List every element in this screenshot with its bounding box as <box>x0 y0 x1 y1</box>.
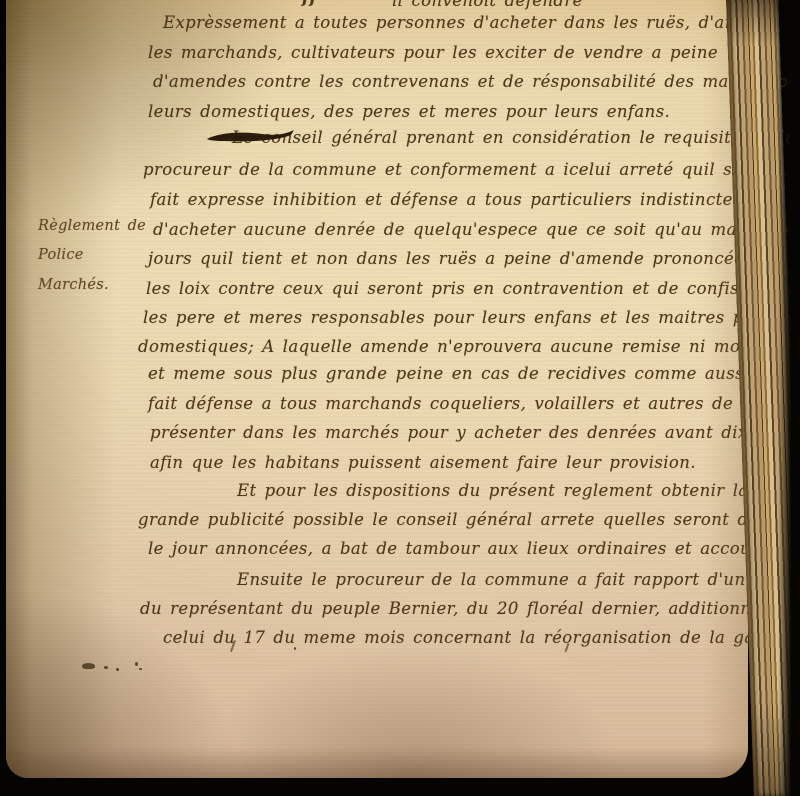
manuscript-line: d'acheter aucune denrée de quelqu'espece… <box>153 220 800 239</box>
manuscript-line: les marchands, cultivateurs pour les exc… <box>148 43 718 62</box>
ink-speck <box>135 662 138 666</box>
manuscript-line: fait défense a tous marchands coqueliers… <box>148 394 760 413</box>
manuscript-line: procureur de la commune et conformement … <box>143 160 761 179</box>
manuscript-line: fait expresse inhibition et défense a to… <box>150 190 777 209</box>
manuscript-line: Exprèssement a toutes personnes d'achete… <box>163 13 777 32</box>
manuscript-line: et meme sous plus grande peine en cas de… <box>148 364 800 383</box>
backdrop-right-shadow <box>778 0 800 796</box>
manuscript-page: Règlement de Police Marchés. ff il conve… <box>6 0 748 778</box>
manuscript-line: les pere et meres responsables pour leur… <box>143 308 800 327</box>
margin-note-line: Police <box>38 247 84 263</box>
manuscript-line: celui du 17 du meme mois concernant la r… <box>163 628 784 647</box>
manuscript-line: Et pour les dispositions du présent regl… <box>237 481 793 500</box>
margin-note-line: Marchés. <box>38 277 109 293</box>
manuscript-line: d'amendes contre les contrevenans et de … <box>153 72 800 91</box>
margin-note-line: Règlement de <box>38 218 146 234</box>
manuscript-line: Le conseil général prenant en considérat… <box>232 128 796 147</box>
ink-speck <box>139 668 142 670</box>
ink-flourish <box>204 129 296 145</box>
ink-speck <box>82 663 95 669</box>
photo-of-manuscript: Règlement de Police Marchés. ff il conve… <box>0 0 800 796</box>
manuscript-line: Ensuite le procureur de la commune a fai… <box>237 570 800 589</box>
manuscript-line: grande publicité possible le conseil gén… <box>138 510 779 529</box>
manuscript-line: jours quil tient et non dans les ruës a … <box>148 249 782 268</box>
manuscript-line: le jour annoncées, a bat de tambour aux … <box>148 539 800 558</box>
ink-speck <box>116 668 119 671</box>
ink-speck <box>294 647 296 650</box>
manuscript-line: du représentant du peuple Bernier, du 20… <box>140 599 786 618</box>
manuscript-line-fragment: ff <box>302 0 317 7</box>
manuscript-line: il convenoit défendre <box>392 0 583 10</box>
manuscript-line: les loix contre ceux qui seront pris en … <box>146 279 799 298</box>
manuscript-line: afin que les habitans puissent aisement … <box>150 453 696 472</box>
manuscript-line: présenter dans les marchés pour y achete… <box>150 423 800 442</box>
manuscript-line: domestiques; A laquelle amende n'eprouve… <box>138 337 800 356</box>
manuscript-line: leurs domestiques, des peres et meres po… <box>148 102 670 121</box>
ink-speck <box>104 666 108 669</box>
